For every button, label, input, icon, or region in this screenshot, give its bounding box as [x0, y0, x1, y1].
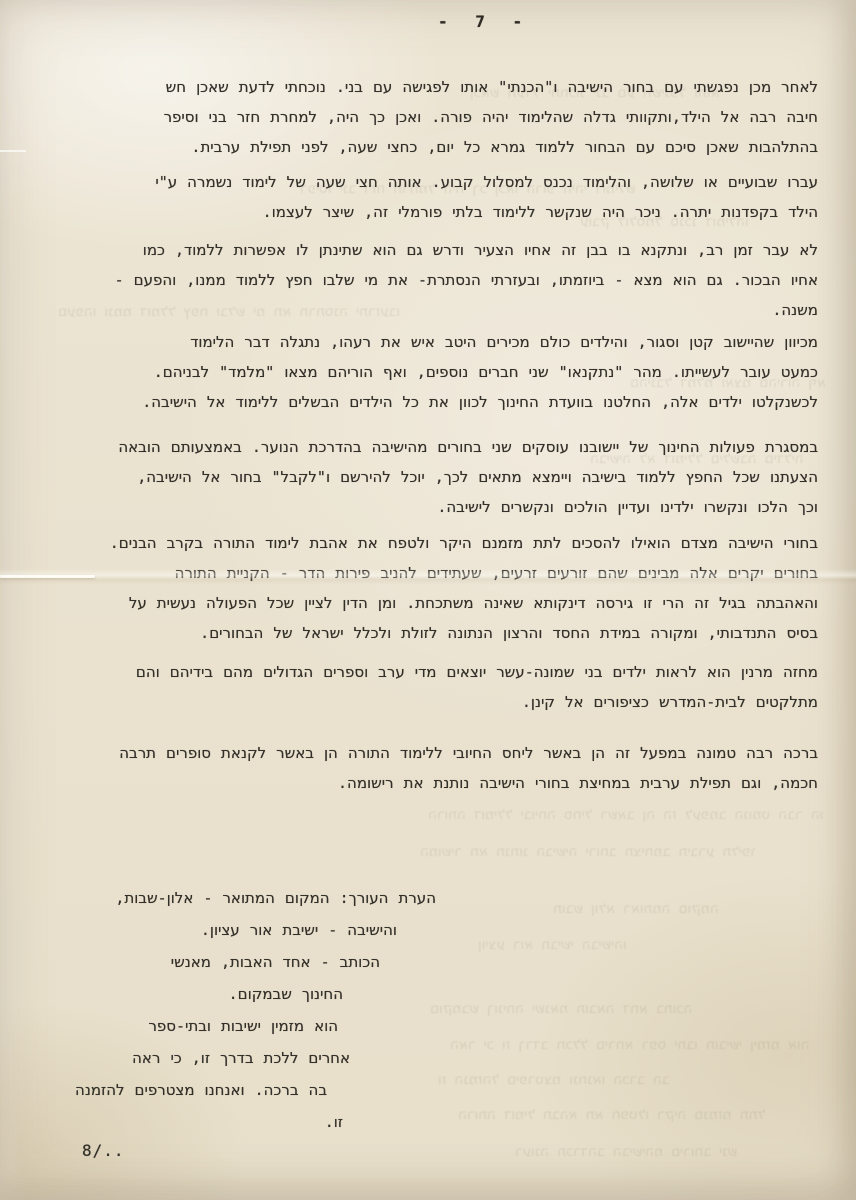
text-line: בחורים יקרים אלה מבינים שהם זורעים זרעים… — [36, 558, 818, 588]
paragraph-4: מכיוון שהיישוב קטן וסגור, והילדים כולם מ… — [36, 327, 818, 417]
continuation-mark: 8/.. — [82, 1136, 125, 1166]
text-line: והאהבתה בגיל זה הרי זו גירסה דינקותא שאי… — [36, 588, 818, 618]
text-line: כמעט עובר לעשייתו. מהר "נתקנאו" שני חברי… — [36, 357, 818, 387]
paragraph-7: מחזה מרנין הוא לראות ילדים בני שמונה-עשר… — [36, 657, 818, 717]
text-line: הצעתנו שכל החפץ ללמוד בישיבה ויימצא מתאי… — [36, 462, 818, 492]
text-line: בהתלהבות שאכן סיכם עם הבחור ללמוד גמרא כ… — [36, 132, 818, 162]
text-line: במסגרת פעולות החינוך של יישובנו עוסקים ש… — [36, 432, 818, 462]
scanned-document-page: - 7 - ןכאש תעדל יתחכונ ינב םע השיגפל ותו… — [0, 0, 856, 1200]
text-line: משנה. — [36, 295, 818, 325]
editor-note-line: החינוך שבמקום. — [0, 978, 343, 1010]
text-line: מכיוון שהיישוב קטן וסגור, והילדים כולם מ… — [36, 327, 818, 357]
fold-crease-small — [0, 150, 26, 152]
text-line: חכמה, וגם תפילת ערבית במחיצת בחורי הישיב… — [36, 768, 818, 798]
text-line: חיבה רבה אל הילד,ותקוותי גדלה שהלימוד יה… — [36, 102, 818, 132]
paragraph-6: בחורי הישיבה מצדם הואילו להסכים לתת מזמנ… — [36, 528, 818, 648]
paragraph-3: לא עבר זמן רב, ונתקנא בו בבן זה אחיו הצע… — [36, 235, 818, 325]
editor-note-line: הכותב - אחד האבות, מאנשי — [0, 946, 380, 978]
text-line: מתלקטים לבית-המדרש כציפורים אל קינן. — [36, 687, 818, 717]
editor-note-line: אחרים ללכת בדרך זו, כי ראה — [0, 1042, 350, 1074]
text-line: לא עבר זמן רב, ונתקנא בו בבן זה אחיו הצע… — [36, 235, 818, 265]
editor-note-line: זו. — [0, 1106, 343, 1138]
text-line: בחורי הישיבה מצדם הואילו להסכים לתת מזמנ… — [36, 528, 818, 558]
text-line: אחיו הבכור. גם הוא מצא - ביוזמתו, ובעזרת… — [36, 265, 818, 295]
text-line: לכשנקלטו ילדים אלה, החלטנו בוועדת החינוך… — [36, 387, 818, 417]
editor-note-line: הערת העורך: המקום המתואר - אלון-שבות, — [0, 882, 436, 914]
paragraph-8: ברכה רבה טמונה במפעל זה הן באשר ליחס החי… — [36, 738, 818, 798]
editor-note-line: בה ברכה. ואנחנו מצטרפים להזמנה — [0, 1074, 327, 1106]
text-line: בסיס התנדבותי, ומקורה במידת החסד והרצון … — [36, 618, 818, 648]
paragraph-5: במסגרת פעולות החינוך של יישובנו עוסקים ש… — [36, 432, 818, 522]
text-line: מחזה מרנין הוא לראות ילדים בני שמונה-עשר… — [36, 657, 818, 687]
text-line: ברכה רבה טמונה במפעל זה הן באשר ליחס החי… — [36, 738, 818, 768]
editor-note: הערת העורך: המקום המתואר - אלון-שבות, וה… — [0, 882, 436, 1138]
editor-note-line: הוא מזמין ישיבות ובתי-ספר — [0, 1010, 338, 1042]
text-line: וכך הלכו ונקשרו ילדינו ועדיין הולכים ונק… — [36, 492, 818, 522]
text-line: לאחר מכן נפגשתי עם בחור הישיבה ו"הכנתי" … — [36, 72, 818, 102]
paragraph-2: עברו שבועיים או שלושה, והלימוד נכנס למסל… — [36, 167, 818, 227]
text-line: הילד בקפדנות יתרה. ניכר היה שנקשר ללימוד… — [36, 197, 818, 227]
editor-note-line: והישיבה - ישיבת אור עציון. — [0, 914, 397, 946]
text-line: עברו שבועיים או שלושה, והלימוד נכנס למסל… — [36, 167, 818, 197]
paragraph-1: לאחר מכן נפגשתי עם בחור הישיבה ו"הכנתי" … — [36, 72, 818, 162]
